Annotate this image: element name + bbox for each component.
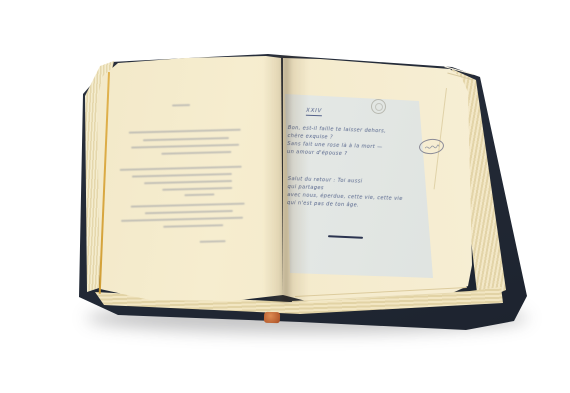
stamp-squiggle [423, 143, 440, 151]
blind-stamp-icon [371, 99, 386, 114]
manuscript-stanza-1: Bon, est-il faille te laisser dehors, ch… [287, 124, 420, 161]
manuscript-stanza-2: Salut du retour : Toi aussi qui partages… [287, 175, 420, 212]
book-photo: XXIV Bon, est-il faille te laisser dehor… [0, 0, 570, 393]
showthrough-signature [200, 240, 226, 243]
manuscript-heading: XXIV [306, 108, 322, 117]
showthrough-text-block [115, 100, 269, 254]
showthrough-heading [172, 104, 190, 106]
spine-headband [264, 312, 280, 324]
